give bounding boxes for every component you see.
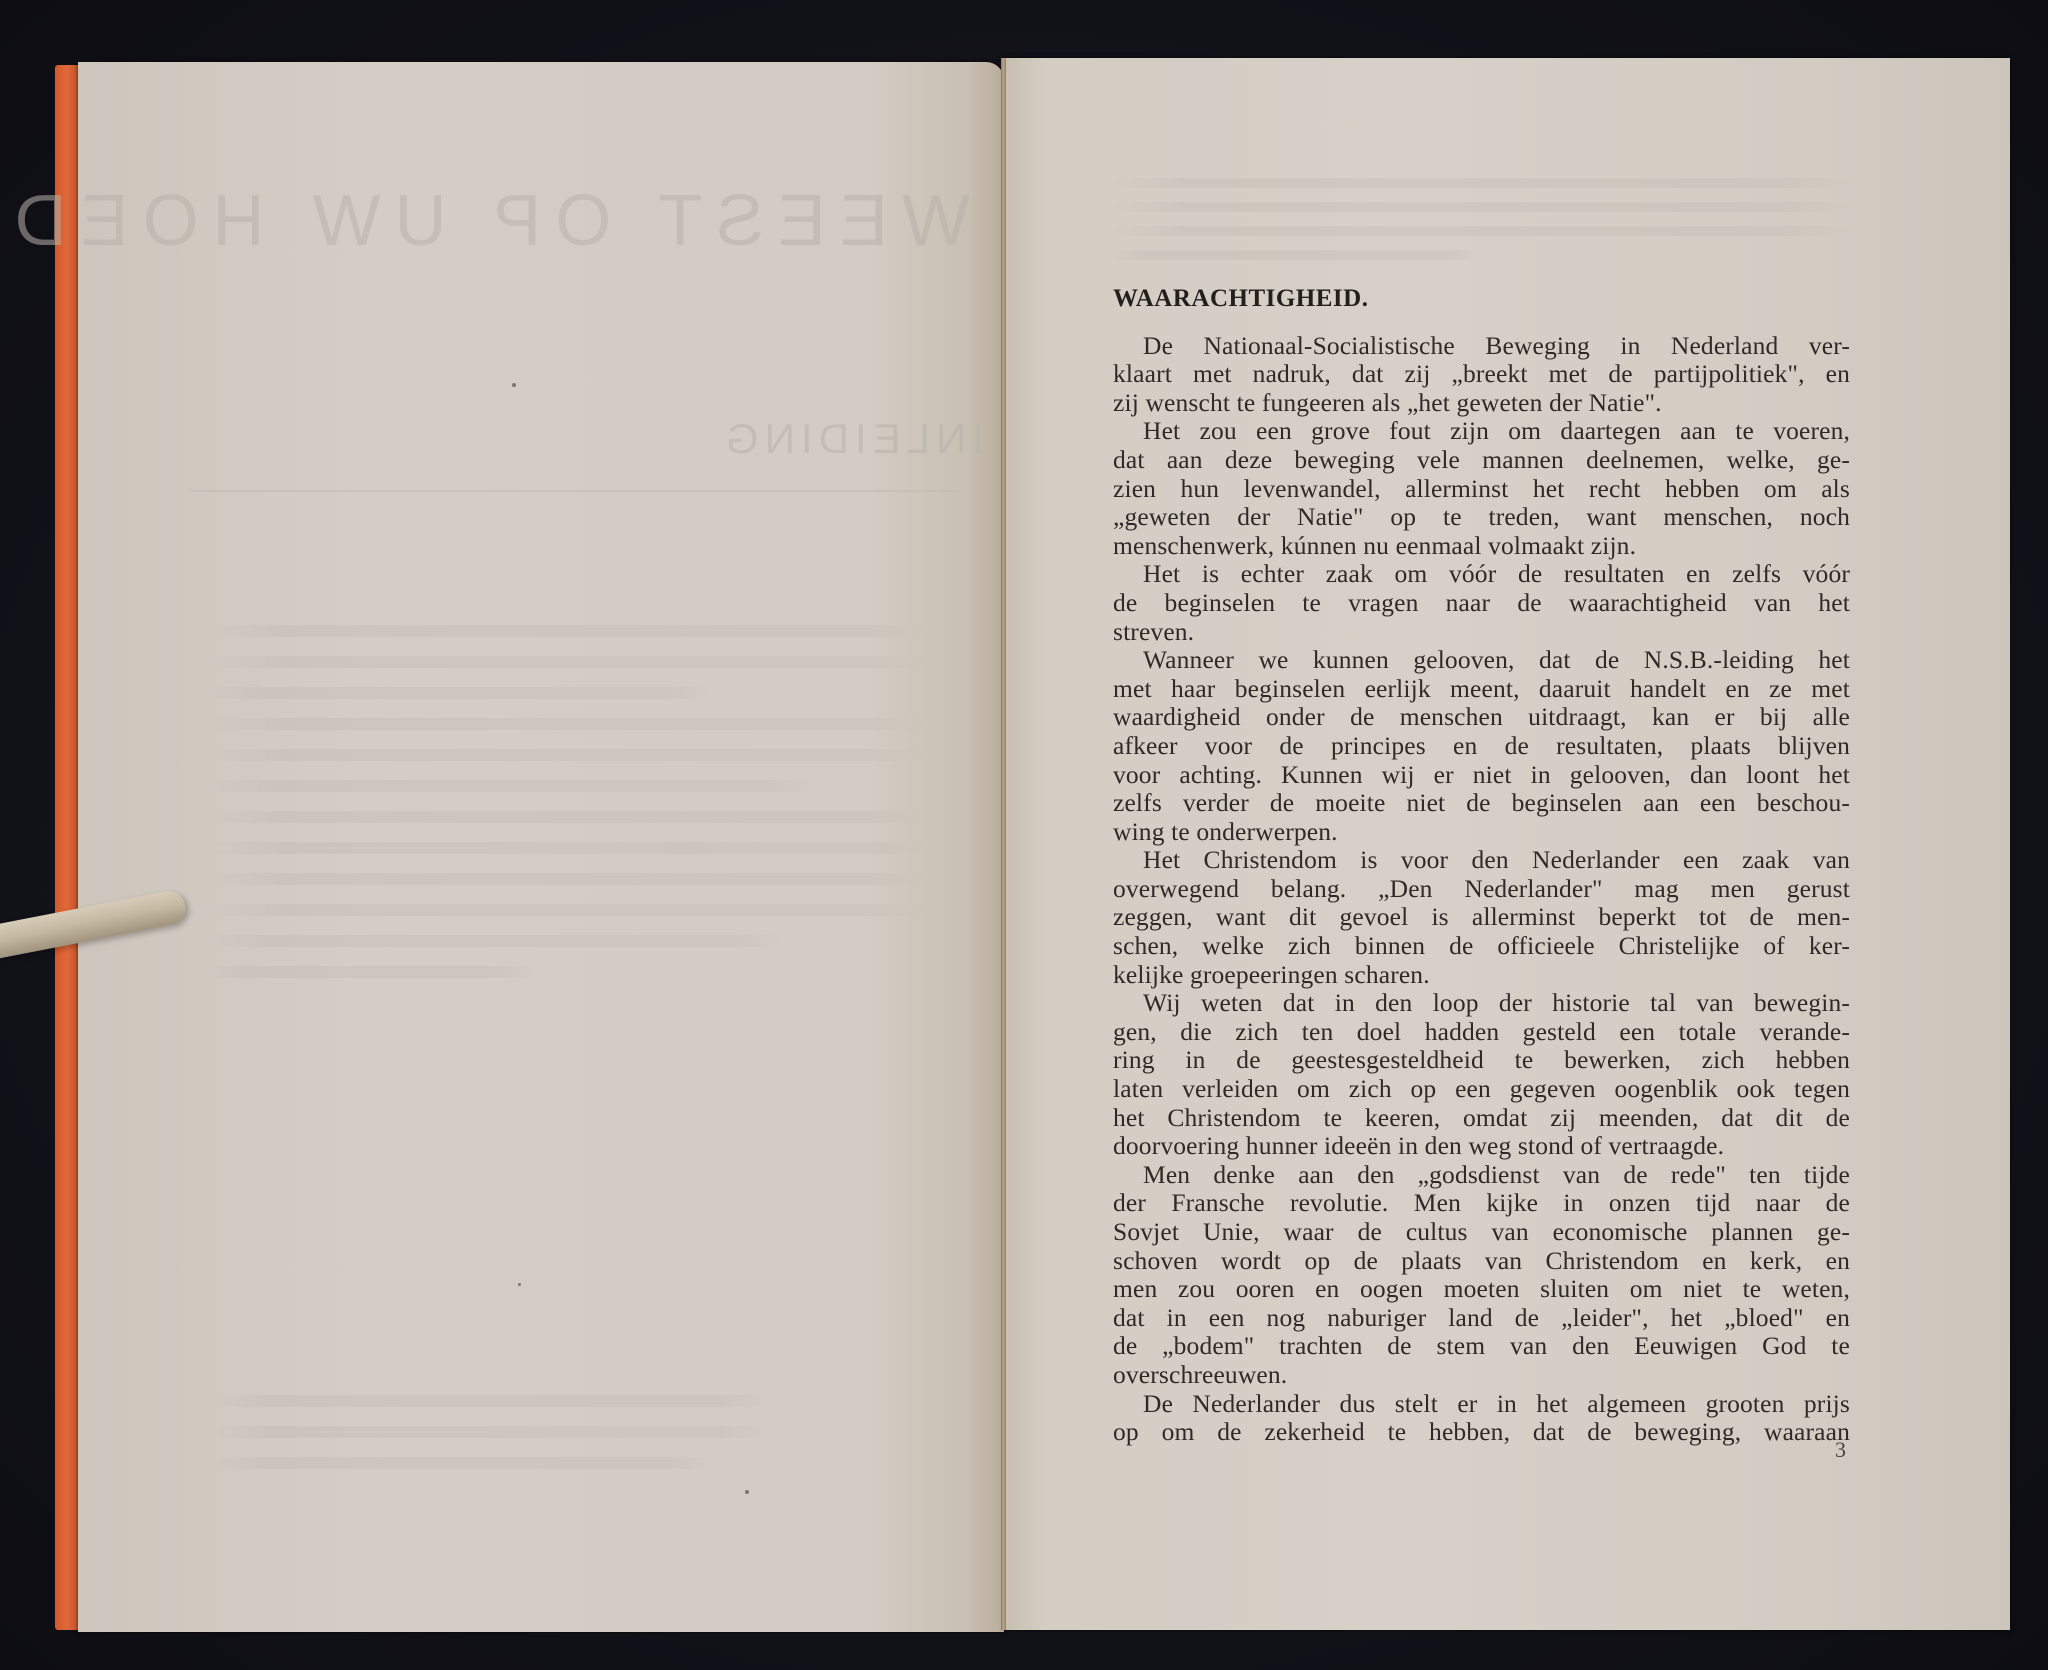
page-number: 3	[1835, 1437, 1846, 1463]
text-line: zeggen, want dit gevoel is allerminst be…	[1113, 903, 1850, 932]
text-line: der Fransche revolutie. Men kijke in onz…	[1113, 1189, 1850, 1218]
text-line: gen, die zich ten doel hadden gesteld ee…	[1113, 1018, 1850, 1047]
paragraph-3: Het is echter zaak om vóór de resultaten…	[1113, 560, 1850, 646]
paragraph-5: Het Christendom is voor den Nederlander …	[1113, 846, 1850, 989]
text-line: Wij weten dat in den loop der historie t…	[1113, 989, 1850, 1018]
show-through-lower-block	[215, 1395, 775, 1488]
text-line: het Christendom te keeren, omdat zij mee…	[1113, 1104, 1850, 1133]
text-line: dat in een nog naburiger land de „leider…	[1113, 1304, 1850, 1333]
text-line: de „bodem" trachten de stem van den Eeuw…	[1113, 1332, 1850, 1361]
paragraph-1: De Nationaal-Socialistische Beweging in …	[1113, 332, 1850, 418]
text-line: schoven wordt op de plaats van Christend…	[1113, 1247, 1850, 1276]
text-line: voor achting. Kunnen wij er niet in gelo…	[1113, 761, 1850, 790]
text-line: menschenwerk, kúnnen nu eenmaal volmaakt…	[1113, 532, 1850, 561]
text-line: zij wenscht te fungeeren als „het gewete…	[1113, 389, 1850, 418]
text-line: De Nederlander dus stelt er in het algem…	[1113, 1390, 1850, 1419]
paragraph-7: Men denke aan den „godsdienst van de red…	[1113, 1161, 1850, 1390]
text-line: Men denke aan den „godsdienst van de red…	[1113, 1161, 1850, 1190]
text-line: ring in de geestesgesteldheid te bewerke…	[1113, 1046, 1850, 1075]
show-through-right-top-lines	[1112, 178, 1852, 274]
paragraph-8: De Nederlander dus stelt er in het algem…	[1113, 1390, 1850, 1447]
show-through-rule	[190, 490, 960, 492]
show-through-body-lines	[210, 625, 930, 997]
text-line: De Nationaal-Socialistische Beweging in …	[1113, 332, 1850, 361]
section-heading: WAARACHTIGHEID.	[1113, 285, 1850, 314]
paragraph-4: Wanneer we kunnen gelooven, dat de N.S.B…	[1113, 646, 1850, 846]
text-line: overwegend belang. „Den Nederlander" mag…	[1113, 875, 1850, 904]
text-line: op om de zekerheid te hebben, dat de bew…	[1113, 1418, 1850, 1447]
text-line: men zou ooren en oogen moeten sluiten om…	[1113, 1275, 1850, 1304]
paragraph-2: Het zou een grove fout zijn om daartegen…	[1113, 417, 1850, 560]
text-line: wing te onderwerpen.	[1113, 818, 1850, 847]
text-line: laten verleiden om zich op een gegeven o…	[1113, 1075, 1850, 1104]
text-line: Het Christendom is voor den Nederlander …	[1113, 846, 1850, 875]
text-line: Het zou een grove fout zijn om daartegen…	[1113, 417, 1850, 446]
text-line: streven.	[1113, 618, 1850, 647]
text-line: „geweten der Natie" op te treden, want m…	[1113, 503, 1850, 532]
text-line: zelfs verder de moeite niet de beginsele…	[1113, 789, 1850, 818]
text-line: Sovjet Unie, waar de cultus van economis…	[1113, 1218, 1850, 1247]
text-line: zien hun levenwandel, allerminst het rec…	[1113, 475, 1850, 504]
text-line: klaart met nadruk, dat zij „breekt met d…	[1113, 360, 1850, 389]
book-spine-fold	[1001, 58, 1006, 1630]
text-line: de beginselen te vragen naar de waaracht…	[1113, 589, 1850, 618]
text-line: waardigheid onder de menschen uitdraagt,…	[1113, 703, 1850, 732]
text-line: dat aan deze beweging vele mannen deelne…	[1113, 446, 1850, 475]
text-line: Het is echter zaak om vóór de resultaten…	[1113, 560, 1850, 589]
text-line: schen, welke zich binnen de officieele C…	[1113, 932, 1850, 961]
orange-cover-edge	[55, 65, 79, 1630]
text-line: met haar beginselen eerlijk meent, daaru…	[1113, 675, 1850, 704]
text-line: Wanneer we kunnen gelooven, dat de N.S.B…	[1113, 646, 1850, 675]
text-line: kelijke groepeeringen scharen.	[1113, 961, 1850, 990]
show-through-subtitle: INLEIDING	[720, 415, 984, 463]
text-line: overschreeuwen.	[1113, 1361, 1850, 1390]
show-through-title: WEEST OP UW HOEDE!	[190, 180, 970, 262]
right-page-text: WAARACHTIGHEID. De Nationaal-Socialistis…	[1113, 285, 1850, 1447]
paragraph-6: Wij weten dat in den loop der historie t…	[1113, 989, 1850, 1161]
text-line: afkeer voor de principes en de resultate…	[1113, 732, 1850, 761]
text-line: doorvoering hunner ideeën in den weg sto…	[1113, 1132, 1850, 1161]
